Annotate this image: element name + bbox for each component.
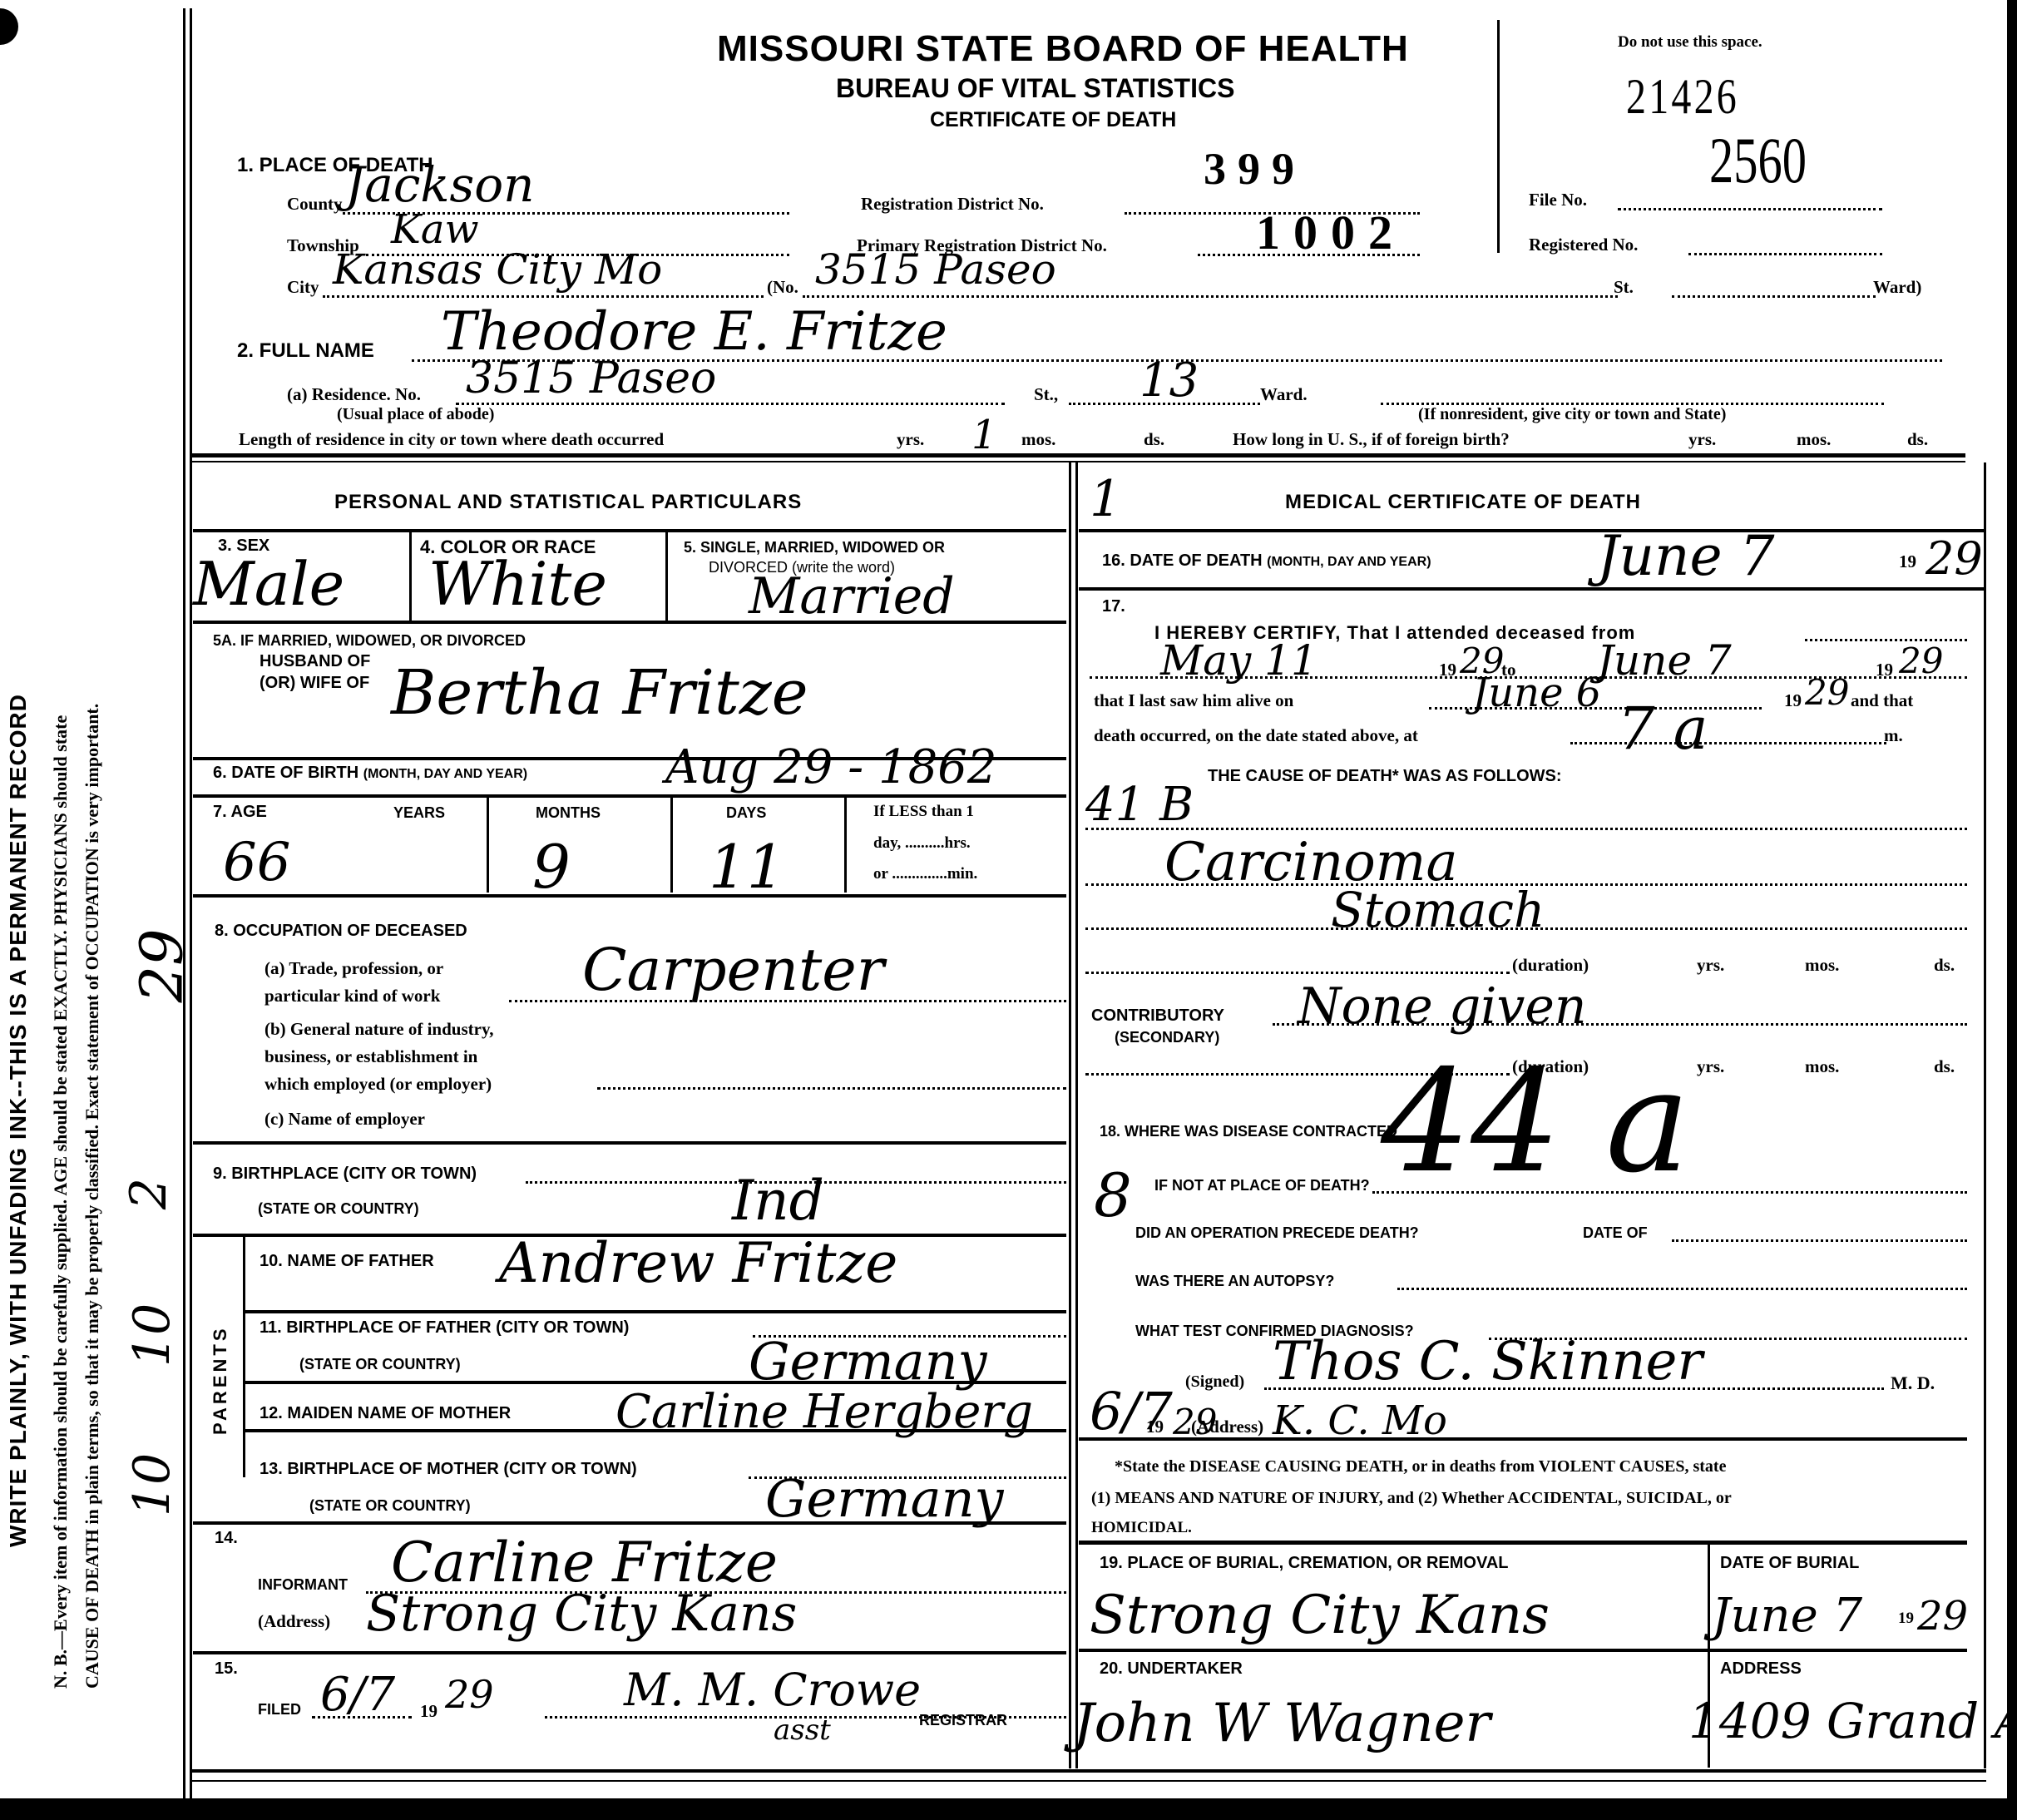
primary-registration-label: Primary Registration District No. bbox=[857, 235, 1107, 256]
last-saw-text: that I last saw him alive on bbox=[1094, 690, 1293, 711]
duration-line-1 bbox=[1085, 972, 1510, 974]
birthplace-state-label: (STATE OR COUNTRY) bbox=[258, 1200, 419, 1218]
residence-st-label: St., bbox=[1034, 384, 1058, 405]
age-label: 7. AGE bbox=[213, 803, 267, 822]
us-mos-label: mos. bbox=[1797, 429, 1831, 450]
operation-label: DID AN OPERATION PRECEDE DEATH? bbox=[1135, 1224, 1419, 1242]
stamp-number: 21426 bbox=[1626, 68, 1739, 126]
not-at-place-line bbox=[1372, 1191, 1967, 1194]
undertaker-address-value[interactable]: 1409 Grand Av bbox=[1688, 1693, 2017, 1749]
mother-birthplace-value[interactable]: Germany bbox=[765, 1468, 1004, 1529]
rule-before-burial bbox=[1079, 1541, 1967, 1545]
and-that-text: and that bbox=[1851, 690, 1913, 711]
rule-after-header bbox=[190, 453, 1965, 457]
attended-from-year-prefix: 19 bbox=[1439, 660, 1456, 680]
parents-label: PARENTS bbox=[210, 1326, 231, 1436]
county-label: County bbox=[287, 194, 343, 215]
occupation-value[interactable]: Carpenter bbox=[582, 936, 884, 1004]
less-or-min: or ..............min. bbox=[873, 865, 977, 883]
margin-annotation-10b: 10 bbox=[123, 1453, 181, 1516]
occ-b-line1: (b) General nature of industry, bbox=[264, 1019, 494, 1040]
abode-note: (Usual place of abode) bbox=[337, 405, 494, 424]
dod-label: 16. DATE OF DEATH (MONTH, DAY AND YEAR) bbox=[1102, 551, 1431, 571]
age-months-divider bbox=[670, 797, 673, 893]
burial-date-value[interactable]: June 7 bbox=[1712, 1589, 1862, 1643]
parents-bracket bbox=[243, 1236, 245, 1477]
age-days-divider bbox=[844, 797, 847, 893]
duration-yrs-1: yrs. bbox=[1697, 955, 1724, 976]
code-44a[interactable]: 44 a bbox=[1381, 1040, 1690, 1204]
birthplace-label: 9. BIRTHPLACE (CITY OR TOWN) bbox=[213, 1165, 477, 1184]
age-years-divider bbox=[487, 797, 489, 893]
father-birthplace-state-label: (STATE OR COUNTRY) bbox=[299, 1356, 461, 1373]
ward-line bbox=[1672, 295, 1876, 298]
ward-label-city: Ward) bbox=[1873, 277, 1921, 298]
days-label: DAYS bbox=[726, 804, 766, 822]
duration-yrs-2: yrs. bbox=[1697, 1056, 1724, 1077]
date-of-label: DATE OF bbox=[1583, 1224, 1648, 1242]
attended-to-year-prefix: 19 bbox=[1876, 660, 1893, 680]
registered-no-line bbox=[1688, 253, 1882, 255]
form-name: CERTIFICATE OF DEATH bbox=[930, 108, 1176, 132]
sex-value[interactable]: Male bbox=[193, 549, 344, 619]
occ-b-line3: which employed (or employer) bbox=[264, 1074, 492, 1095]
rule-after-signature bbox=[1079, 1437, 1967, 1441]
spouse-label-1: 5A. IF MARRIED, WIDOWED, OR DIVORCED bbox=[213, 632, 526, 650]
days-value[interactable]: 11 bbox=[709, 832, 785, 902]
contributory-label: CONTRIBUTORY bbox=[1091, 1006, 1224, 1026]
undertaker-label: 20. UNDERTAKER bbox=[1100, 1659, 1243, 1679]
footnote-line-2: (1) MEANS AND NATURE OF INJURY, and (2) … bbox=[1091, 1489, 1732, 1508]
rule-bottom-1 bbox=[190, 1769, 1986, 1773]
rule-after-dob bbox=[193, 794, 1066, 798]
margin-annotation-2: 2 bbox=[120, 1178, 178, 1209]
rule-bottom-2 bbox=[190, 1780, 1986, 1782]
rule-after-father bbox=[245, 1310, 1066, 1313]
cause-value-2[interactable]: Stomach bbox=[1331, 882, 1545, 938]
column-divider-2 bbox=[1075, 462, 1078, 1768]
undertaker-value[interactable]: John W Wagner bbox=[1073, 1693, 1491, 1754]
months-label: MONTHS bbox=[536, 804, 601, 822]
months-value[interactable]: 9 bbox=[532, 832, 571, 902]
physician-address-label: (Address) bbox=[1191, 1417, 1263, 1437]
informant-label: INFORMANT bbox=[258, 1576, 348, 1594]
father-birthplace-label: 11. BIRTHPLACE OF FATHER (CITY OR TOWN) bbox=[260, 1318, 629, 1338]
occ-a-line1: (a) Trade, profession, or bbox=[264, 958, 443, 979]
cause-code[interactable]: 41 B bbox=[1085, 778, 1194, 832]
footnote-line-1: *State the DISEASE CAUSING DEATH, or in … bbox=[1115, 1457, 1726, 1476]
secondary-label: (SECONDARY) bbox=[1115, 1029, 1219, 1046]
medical-heading: MEDICAL CERTIFICATE OF DEATH bbox=[1285, 491, 1641, 514]
death-time-m-label: m. bbox=[1884, 725, 1903, 746]
personal-heading: PERSONAL AND STATISTICAL PARTICULARS bbox=[334, 491, 802, 514]
margin-annotation-29: 29 bbox=[128, 928, 196, 1002]
file-number-value: 2560 bbox=[1709, 123, 1807, 198]
burial-year-value[interactable]: 29 bbox=[1917, 1593, 1968, 1639]
file-no-line bbox=[1618, 208, 1882, 210]
attended-to-year[interactable]: 29 bbox=[1899, 640, 1943, 681]
header-office-divider bbox=[1497, 20, 1500, 253]
duration-label-1: (duration) bbox=[1512, 955, 1589, 976]
city-value[interactable]: Kansas City Mo bbox=[333, 245, 662, 294]
burial-place-label: 19. PLACE OF BURIAL, CREMATION, OR REMOV… bbox=[1100, 1554, 1509, 1573]
sex-race-divider bbox=[409, 532, 412, 621]
length-yrs-value[interactable]: 1 bbox=[971, 412, 997, 458]
rule-after-informant bbox=[193, 1651, 1066, 1654]
informant-address-label: (Address) bbox=[258, 1611, 330, 1632]
attended-from-value[interactable]: May 11 bbox=[1160, 636, 1317, 685]
rule-after-occupation bbox=[193, 1141, 1066, 1145]
autopsy-label: WAS THERE AN AUTOPSY? bbox=[1135, 1273, 1334, 1290]
right-inner-border bbox=[1984, 462, 1986, 1768]
dob-label-text: 6. DATE OF BIRTH bbox=[213, 764, 358, 782]
last-saw-value[interactable]: June 6 bbox=[1472, 670, 1601, 716]
filed-year-prefix: 19 bbox=[420, 1701, 438, 1722]
rule-after-dod bbox=[1079, 587, 1984, 591]
cause-heading: THE CAUSE OF DEATH* WAS AS FOLLOWS: bbox=[1208, 767, 1562, 786]
medical-corner-mark: 1 bbox=[1090, 470, 1121, 528]
item-18-label: 18. WHERE WAS DISEASE CONTRACTED bbox=[1100, 1123, 1397, 1140]
occupation-label: 8. OCCUPATION OF DECEASED bbox=[215, 922, 467, 941]
file-no-label: File No. bbox=[1529, 190, 1587, 210]
spouse-label-3: (OR) WIFE OF bbox=[260, 674, 369, 693]
md-label: M. D. bbox=[1891, 1372, 1935, 1394]
duration-ds-2: ds. bbox=[1934, 1056, 1955, 1077]
residence-value[interactable]: 3515 Paseo bbox=[466, 354, 716, 403]
street-no-label: (No. bbox=[767, 277, 798, 298]
length-ds-label: ds. bbox=[1144, 429, 1164, 450]
residence-label: (a) Residence. No. bbox=[287, 384, 421, 405]
signed-label: (Signed) bbox=[1185, 1372, 1244, 1392]
dod-label-text: 16. DATE OF DEATH bbox=[1102, 551, 1263, 570]
occ-b-line bbox=[597, 1087, 1066, 1090]
dob-sub-label: (MONTH, DAY AND YEAR) bbox=[363, 767, 527, 781]
city-label: City bbox=[287, 277, 319, 298]
nonresident-note: (If nonresident, give city or town and S… bbox=[1418, 405, 1726, 424]
occ-b-line2: business, or establishment in bbox=[264, 1046, 477, 1067]
race-value[interactable]: White bbox=[428, 549, 607, 619]
registered-no-label: Registered No. bbox=[1529, 235, 1638, 255]
length-residence-label: Length of residence in city or town wher… bbox=[239, 429, 664, 450]
left-border-outer bbox=[183, 8, 185, 1798]
margin-annotation-10a: 10 bbox=[123, 1303, 181, 1367]
page-edge-right bbox=[2007, 0, 2017, 1820]
last-saw-year-prefix: 19 bbox=[1784, 690, 1802, 711]
attended-to-value[interactable]: June 7 bbox=[1597, 636, 1732, 685]
undertaker-address-label: ADDRESS bbox=[1720, 1659, 1802, 1679]
filed-date-value[interactable]: 6/7 bbox=[320, 1668, 395, 1722]
dob-value[interactable]: Aug 29 - 1862 bbox=[665, 740, 996, 794]
race-marital-divider bbox=[665, 532, 668, 621]
office-use-note: Do not use this space. bbox=[1618, 33, 1762, 52]
last-saw-year[interactable]: 29 bbox=[1805, 672, 1849, 713]
punch-hole-mark bbox=[0, 8, 18, 45]
dob-label: 6. DATE OF BIRTH (MONTH, DAY AND YEAR) bbox=[213, 764, 527, 783]
rule-after-burial bbox=[1079, 1649, 1967, 1652]
mother-name-label: 12. MAIDEN NAME OF MOTHER bbox=[260, 1404, 511, 1423]
filed-label: FILED bbox=[258, 1701, 301, 1719]
nb-note-line-1: N. B.—Every item of information should b… bbox=[50, 715, 72, 1689]
informant-address-value[interactable]: Strong City Kans bbox=[366, 1585, 797, 1643]
bureau-subtitle: BUREAU OF VITAL STATISTICS bbox=[836, 73, 1234, 104]
physician-signature[interactable]: Thos C. Skinner bbox=[1273, 1331, 1703, 1392]
signed-year-prefix: 19 bbox=[1146, 1417, 1164, 1437]
item-15-label: 15. bbox=[215, 1659, 238, 1679]
rule-medical-top bbox=[1079, 529, 1984, 532]
length-yrs-label: yrs. bbox=[897, 429, 924, 450]
street-st-label: St. bbox=[1614, 277, 1634, 298]
rule-after-age bbox=[193, 894, 1066, 898]
column-divider bbox=[1069, 462, 1071, 1768]
contributory-value[interactable]: None given bbox=[1298, 977, 1587, 1036]
occ-c-label: (c) Name of employer bbox=[264, 1109, 425, 1130]
dod-year-value[interactable]: 29 bbox=[1926, 532, 1983, 585]
registrar-signature[interactable]: M. M. Crowe bbox=[624, 1664, 921, 1716]
mother-birthplace-state-label: (STATE OR COUNTRY) bbox=[309, 1497, 471, 1515]
father-name-value[interactable]: Andrew Fritze bbox=[499, 1231, 897, 1295]
nb-note-line-2: CAUSE OF DEATH in plain terms, so that i… bbox=[82, 704, 103, 1689]
write-plainly-notice: WRITE PLAINLY, WITH UNFADING INK--THIS I… bbox=[5, 694, 32, 1547]
burial-date-label: DATE OF BURIAL bbox=[1720, 1554, 1859, 1573]
rule-personal-top bbox=[193, 529, 1066, 532]
years-value[interactable]: 66 bbox=[223, 832, 290, 893]
not-at-place-label: IF NOT AT PLACE OF DEATH? bbox=[1154, 1177, 1370, 1194]
years-label: YEARS bbox=[393, 804, 445, 822]
mother-birthplace-label: 13. BIRTHPLACE OF MOTHER (CITY OR TOWN) bbox=[260, 1460, 637, 1479]
duration-ds-1: ds. bbox=[1934, 955, 1955, 976]
rule-after-mother bbox=[245, 1429, 1066, 1432]
county-value[interactable]: Jackson bbox=[345, 156, 535, 213]
rule-after-mother-bp bbox=[193, 1521, 1066, 1525]
filed-year-value[interactable]: 29 bbox=[445, 1672, 494, 1717]
death-certificate-page: WRITE PLAINLY, WITH UNFADING INK--THIS I… bbox=[0, 0, 2017, 1820]
registrar-label: REGISTRAR bbox=[919, 1712, 1007, 1729]
spouse-label-2: HUSBAND OF bbox=[260, 652, 370, 671]
item-14-label: 14. bbox=[215, 1529, 238, 1548]
us-ds-label: ds. bbox=[1907, 429, 1928, 450]
autopsy-line bbox=[1397, 1288, 1967, 1290]
registration-district-label: Registration District No. bbox=[861, 194, 1044, 215]
burial-place-value[interactable]: Strong City Kans bbox=[1090, 1585, 1550, 1646]
residence-ward-value[interactable]: 13 bbox=[1140, 354, 1199, 408]
birthplace-value[interactable]: Ind bbox=[732, 1169, 824, 1233]
marital-value[interactable]: Married bbox=[749, 567, 955, 626]
date-of-line bbox=[1672, 1239, 1967, 1242]
dod-sub-label: (MONTH, DAY AND YEAR) bbox=[1267, 555, 1431, 569]
rule-after-sex bbox=[193, 621, 1066, 624]
less-day-hrs: day, ..........hrs. bbox=[873, 834, 971, 853]
spouse-value[interactable]: Bertha Fritze bbox=[391, 657, 808, 729]
father-name-label: 10. NAME OF FATHER bbox=[260, 1252, 434, 1271]
length-mos-label: mos. bbox=[1021, 429, 1055, 450]
item-18-mark: 8 bbox=[1094, 1160, 1132, 1230]
dod-value[interactable]: June 7 bbox=[1597, 524, 1775, 588]
page-edge-bottom bbox=[0, 1798, 2017, 1820]
residence-ward-label: Ward. bbox=[1260, 384, 1308, 405]
marital-label-1: 5. SINGLE, MARRIED, WIDOWED OR bbox=[684, 539, 945, 556]
left-border-inner bbox=[190, 8, 192, 1798]
registrar-asst-note: asst bbox=[774, 1714, 831, 1747]
item-17-label: 17. bbox=[1102, 597, 1125, 616]
registration-district-value[interactable]: 399 bbox=[1204, 143, 1306, 195]
street-line bbox=[803, 295, 1618, 298]
dod-year-prefix: 19 bbox=[1899, 551, 1916, 572]
primary-registration-value[interactable]: 1002 bbox=[1256, 205, 1406, 260]
city-line bbox=[323, 295, 764, 298]
board-title: MISSOURI STATE BOARD OF HEALTH bbox=[717, 28, 1409, 70]
rule-after-father-bp bbox=[245, 1381, 1066, 1384]
full-name-label: 2. FULL NAME bbox=[237, 339, 374, 363]
death-time-value[interactable]: 7 a bbox=[1618, 695, 1708, 763]
burial-year-prefix: 19 bbox=[1898, 1610, 1914, 1628]
duration-mos-2: mos. bbox=[1805, 1056, 1839, 1077]
duration-mos-1: mos. bbox=[1805, 955, 1839, 976]
death-occurred-text: death occurred, on the date stated above… bbox=[1094, 725, 1418, 746]
cause-line-1 bbox=[1085, 828, 1967, 830]
less-than-1-label: If LESS than 1 bbox=[873, 803, 974, 821]
footnote-line-3: HOMICIDAL. bbox=[1091, 1519, 1192, 1537]
how-long-us-label: How long in U. S., if of foreign birth? bbox=[1233, 429, 1510, 450]
us-yrs-label: yrs. bbox=[1688, 429, 1716, 450]
occ-a-line2: particular kind of work bbox=[264, 986, 440, 1006]
